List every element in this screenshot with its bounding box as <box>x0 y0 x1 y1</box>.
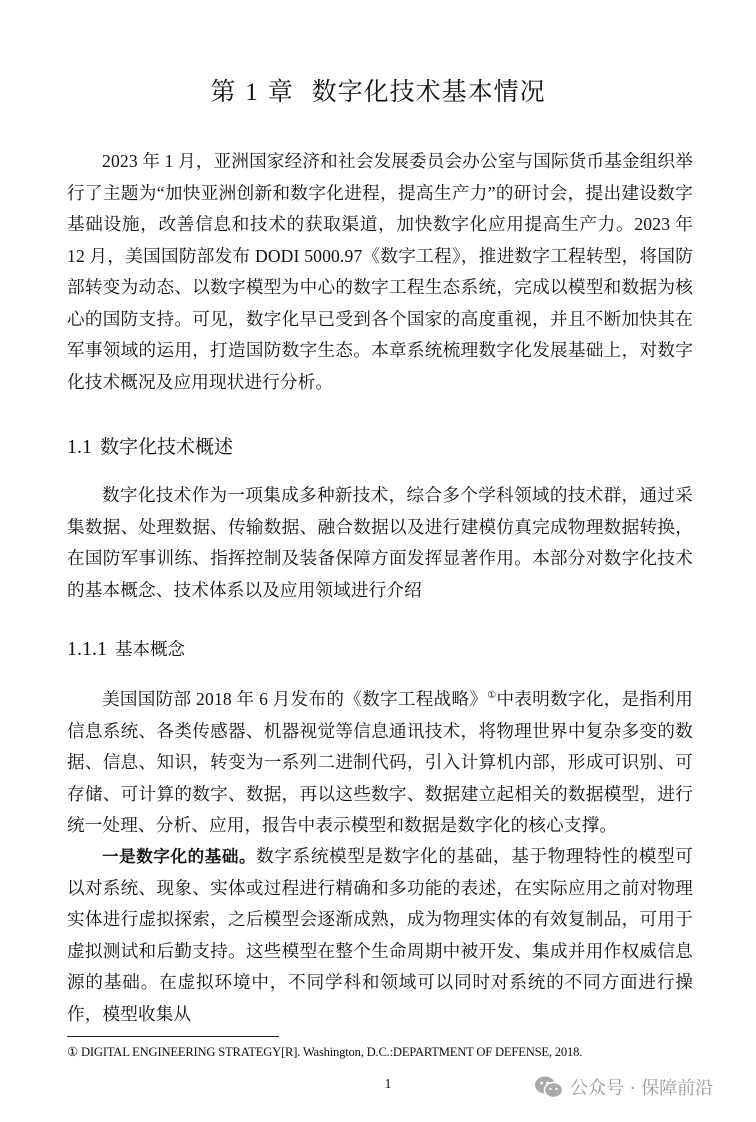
paragraph-text-start: 美国国防部 2018 年 6 月发布的《数字工程战略》 <box>102 689 487 709</box>
chapter-title-text: 数字化技术基本情况 <box>312 77 546 106</box>
section-title: 数字化技术概述 <box>100 436 233 458</box>
subsection-number: 1.1.1 <box>67 638 107 660</box>
footnote-divider <box>67 1036 279 1037</box>
section-heading-1-1: 1.1数字化技术概述 <box>67 432 233 459</box>
chapter-suffix: 章 <box>268 77 294 106</box>
chapter-title: 第 1 章 数字化技术基本情况 <box>0 72 756 108</box>
document-page: 第 1 章 数字化技术基本情况 2023 年 1 月，亚洲国家经济和社会发展委员… <box>0 0 756 1122</box>
section-heading-1-1-1: 1.1.1基本概念 <box>67 636 185 661</box>
footnote-text: ① DIGITAL ENGINEERING STRATEGY[R]. Washi… <box>67 1044 582 1060</box>
section-1-1-paragraph: 数字化技术作为一项集成多种新技术，综合多个学科领域的技术群，通过采集数据、处理数… <box>67 480 693 606</box>
chapter-prefix: 第 <box>210 77 236 106</box>
intro-paragraph: 2023 年 1 月，亚洲国家经济和社会发展委员会办公室与国际货币基金组织举行了… <box>67 146 693 398</box>
section-number: 1.1 <box>67 436 92 458</box>
section-1-1-1-paragraph: 美国国防部 2018 年 6 月发布的《数字工程战略》①中表明数字化，是指利用信… <box>67 684 693 842</box>
point-one-paragraph: 一是数字化的基础。数字系统模型是数字化的基础，基于物理特性的模型可以对系统、现象… <box>67 841 693 1030</box>
subsection-title: 基本概念 <box>115 640 185 660</box>
point-one-lead: 一是数字化的基础。 <box>102 847 256 866</box>
watermark: 公众号 · 保障前沿 <box>534 1074 713 1100</box>
wechat-icon <box>534 1075 564 1099</box>
chapter-number: 1 <box>245 79 259 106</box>
watermark-text: 公众号 · 保障前沿 <box>570 1074 713 1100</box>
point-one-text: 数字系统模型是数字化的基础，基于物理特性的模型可以对系统、现象、实体或过程进行精… <box>67 846 693 1024</box>
paragraph-text-end: 中表明数字化，是指利用信息系统、各类传感器、机器视觉等信息通讯技术，将物理世界中… <box>67 689 693 835</box>
